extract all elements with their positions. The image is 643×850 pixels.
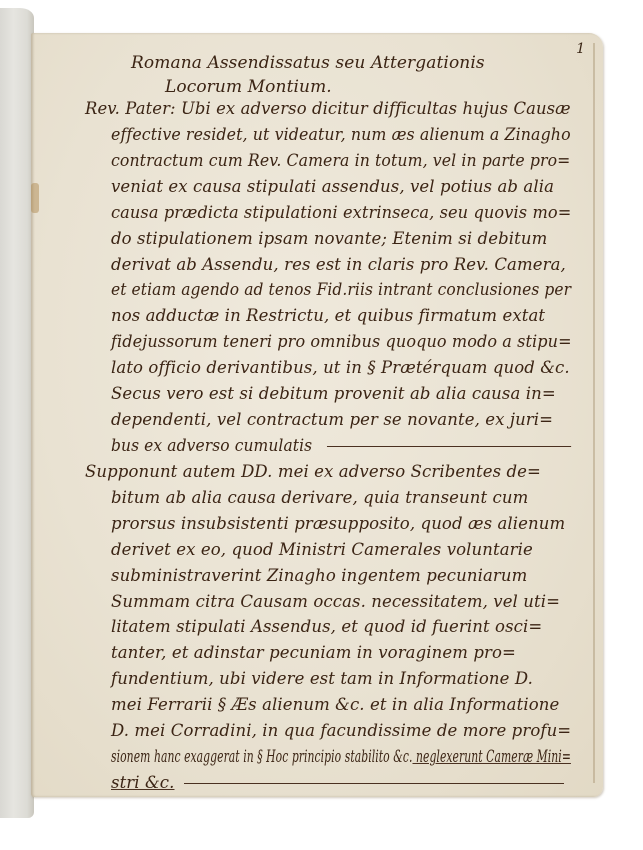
body-line: Supponunt autem DD. mei ex adverso Scrib… [85, 462, 541, 481]
body-line: nos adductæ in Restrictu, et quibus firm… [111, 306, 545, 325]
title-line-1: Romana Assendissatus seu Attergationis [131, 53, 485, 73]
body-line: do stipulationem ipsam novante; Etenim s… [111, 229, 547, 248]
body-line: lato officio derivantibus, ut in § Præté… [111, 358, 570, 377]
body-line: contractum cum Rev. Camera in totum, vel… [111, 151, 570, 170]
body-line: Secus vero est si debitum provenit ab al… [111, 384, 556, 403]
line-filler-dash [327, 446, 571, 447]
book-binding-edge [0, 8, 34, 818]
body-line: tanter, et adinstar pecuniam in voragine… [111, 643, 516, 662]
body-line: mei Ferrarii § Æs alienum &c. et in alia… [111, 695, 559, 714]
body-line-text: bus ex adverso cumulatis [111, 436, 312, 455]
body-line: dependenti, vel contractum per se novant… [111, 410, 553, 429]
paper-stain [31, 183, 39, 213]
body-line: fundentium, ubi videre est tam in Inform… [111, 669, 533, 688]
final-line-text: stri &c. [111, 773, 174, 792]
body-line: subministraverint Zinagho ingentem pecun… [111, 566, 527, 585]
underlined-phrase: neglexerunt Cameræ Mini= [412, 747, 570, 766]
body-line: prorsus insubsistenti præsupposito, quod… [111, 514, 565, 533]
body-line: derivet ex eo, quod Ministri Camerales v… [111, 540, 533, 559]
final-line-with-dashes: stri &c. [111, 773, 564, 792]
body-line: veniat ex causa stipulati assendus, vel … [111, 177, 554, 196]
body-line: causa prædicta stipulationi extrinseca, … [111, 203, 571, 222]
body-line: litatem stipulati Assendus, et quod id f… [111, 617, 542, 636]
body-line: fidejussorum teneri pro omnibus quoquo m… [111, 332, 572, 351]
body-line: et etiam agendo ad tenos Fid.riis intran… [111, 280, 571, 299]
body-line: D. mei Corradini, in qua facundissime de… [111, 721, 571, 740]
body-line-with-dashes: bus ex adverso cumulatis [111, 436, 571, 455]
body-line: Summam citra Causam occas. necessitatem,… [111, 592, 560, 611]
title-line-2: Locorum Montium. [165, 77, 332, 97]
body-line: derivat ab Assendu, res est in claris pr… [111, 255, 566, 274]
manuscript-page: 1 Romana Assendissatus seu Attergationis… [31, 33, 603, 797]
body-line: Rev. Pater: Ubi ex adverso dicitur diffi… [85, 99, 571, 118]
body-line: sionem hanc exaggerat in § Hoc principio… [111, 747, 571, 766]
body-line: effective residet, ut videatur, num æs a… [111, 125, 571, 144]
body-line: bitum ab alia causa derivare, quia trans… [111, 488, 528, 507]
line-filler-dash [184, 783, 564, 784]
page-number: 1 [576, 41, 585, 57]
